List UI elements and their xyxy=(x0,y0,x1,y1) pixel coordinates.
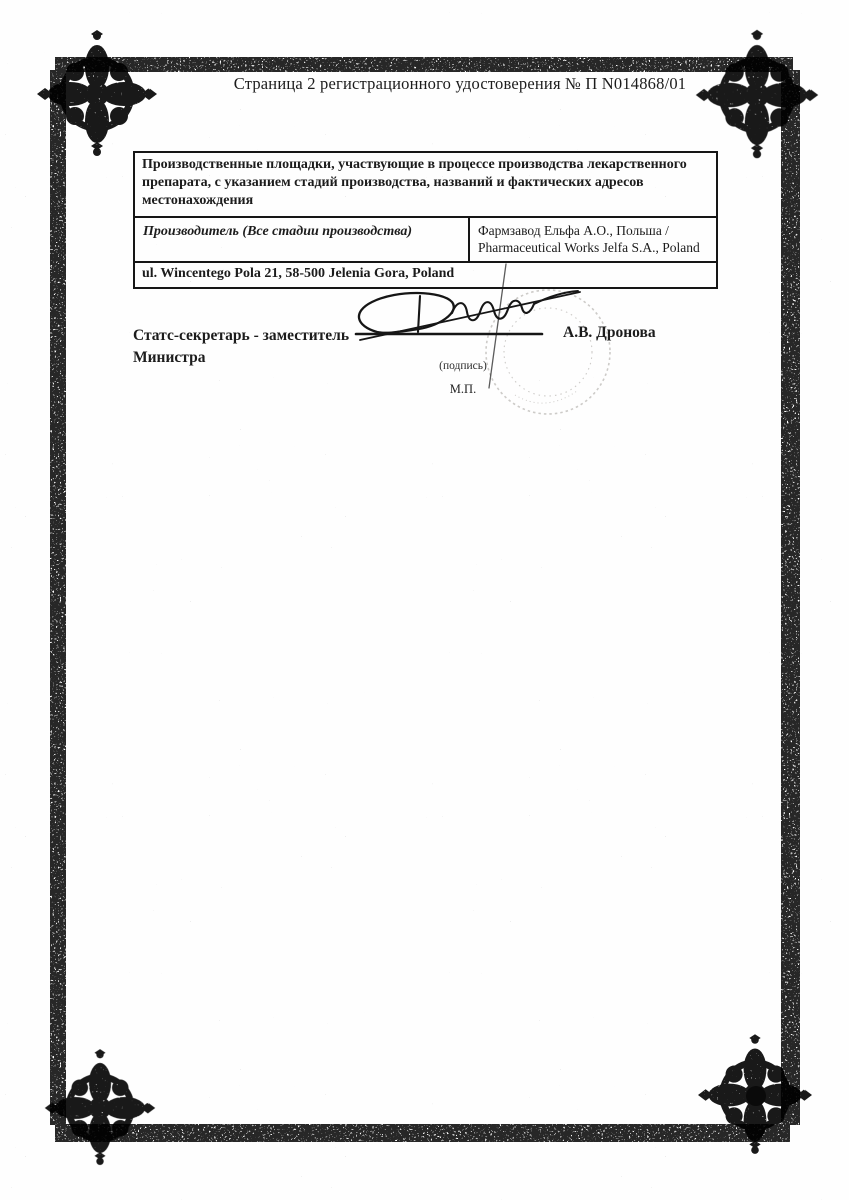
corner-rosette-bottom-left xyxy=(45,1049,155,1165)
border-band-bottom xyxy=(55,1124,790,1142)
producer-address-cell: ul. Wincentego Pola 21, 58-500 Jelenia G… xyxy=(135,263,716,287)
punch-hole-dot xyxy=(746,1086,766,1106)
page-header-title: Страница 2 регистрационного удостоверени… xyxy=(200,74,720,94)
signature-tail xyxy=(534,291,578,304)
signature-caption: (подпись) xyxy=(392,360,534,372)
table-producer-row: Производитель (Все стадии производства) … xyxy=(135,218,716,263)
producer-value-cell: Фармзавод Ельфа А.О., Польша / Pharmaceu… xyxy=(470,218,716,261)
signature-d-stem xyxy=(418,296,420,332)
signer-title: Статс-секретарь - заместитель Министра xyxy=(133,325,401,368)
seal-place-caption: М.П. xyxy=(392,382,534,397)
corner-rosette-bottom-right xyxy=(698,1034,812,1154)
border-band-top xyxy=(55,57,793,72)
table-header-cell: Производственные площадки, участвующие в… xyxy=(135,153,716,218)
signer-name: А.В. Дронова xyxy=(563,324,656,342)
border-band-left xyxy=(50,70,66,1125)
producer-label-cell: Производитель (Все стадии производства) xyxy=(135,218,470,261)
scanned-certificate-page: Страница 2 регистрационного удостоверени… xyxy=(0,0,849,1200)
corner-rosette-top-left xyxy=(37,30,157,156)
signature-squiggle xyxy=(452,301,534,321)
production-sites-table: Производственные площадки, участвующие в… xyxy=(133,151,718,289)
border-band-right xyxy=(781,70,800,1125)
